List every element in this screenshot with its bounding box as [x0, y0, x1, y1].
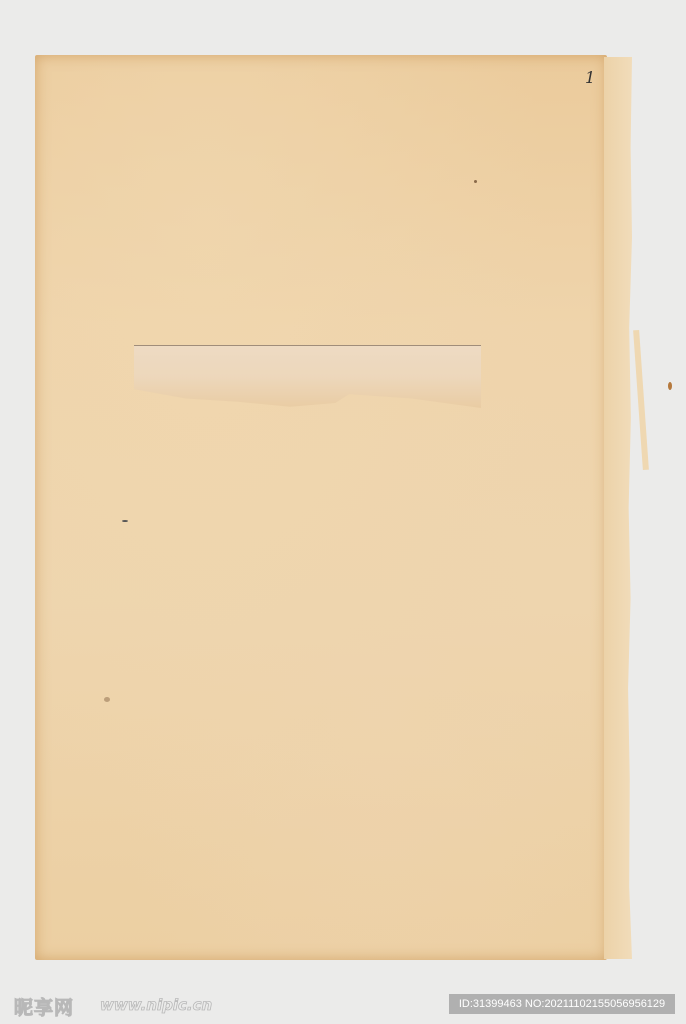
handwritten-page-number: 1: [585, 68, 595, 87]
stain-spot: [474, 180, 477, 183]
watermark-id-label: ID:31399463 NO:20211102155056956129: [449, 994, 675, 1014]
torn-paper-edge: [604, 57, 632, 959]
watermark-url: www.nipic.cn: [100, 996, 212, 1014]
paper-sliver: [633, 330, 649, 470]
stain-spot: [122, 520, 128, 522]
stain-spot: [104, 697, 110, 702]
stain-spot: [668, 382, 672, 390]
watermark-logo: 昵享网: [14, 993, 74, 1020]
aged-paper-sheet: [35, 55, 607, 960]
tape-residue: [134, 345, 481, 408]
